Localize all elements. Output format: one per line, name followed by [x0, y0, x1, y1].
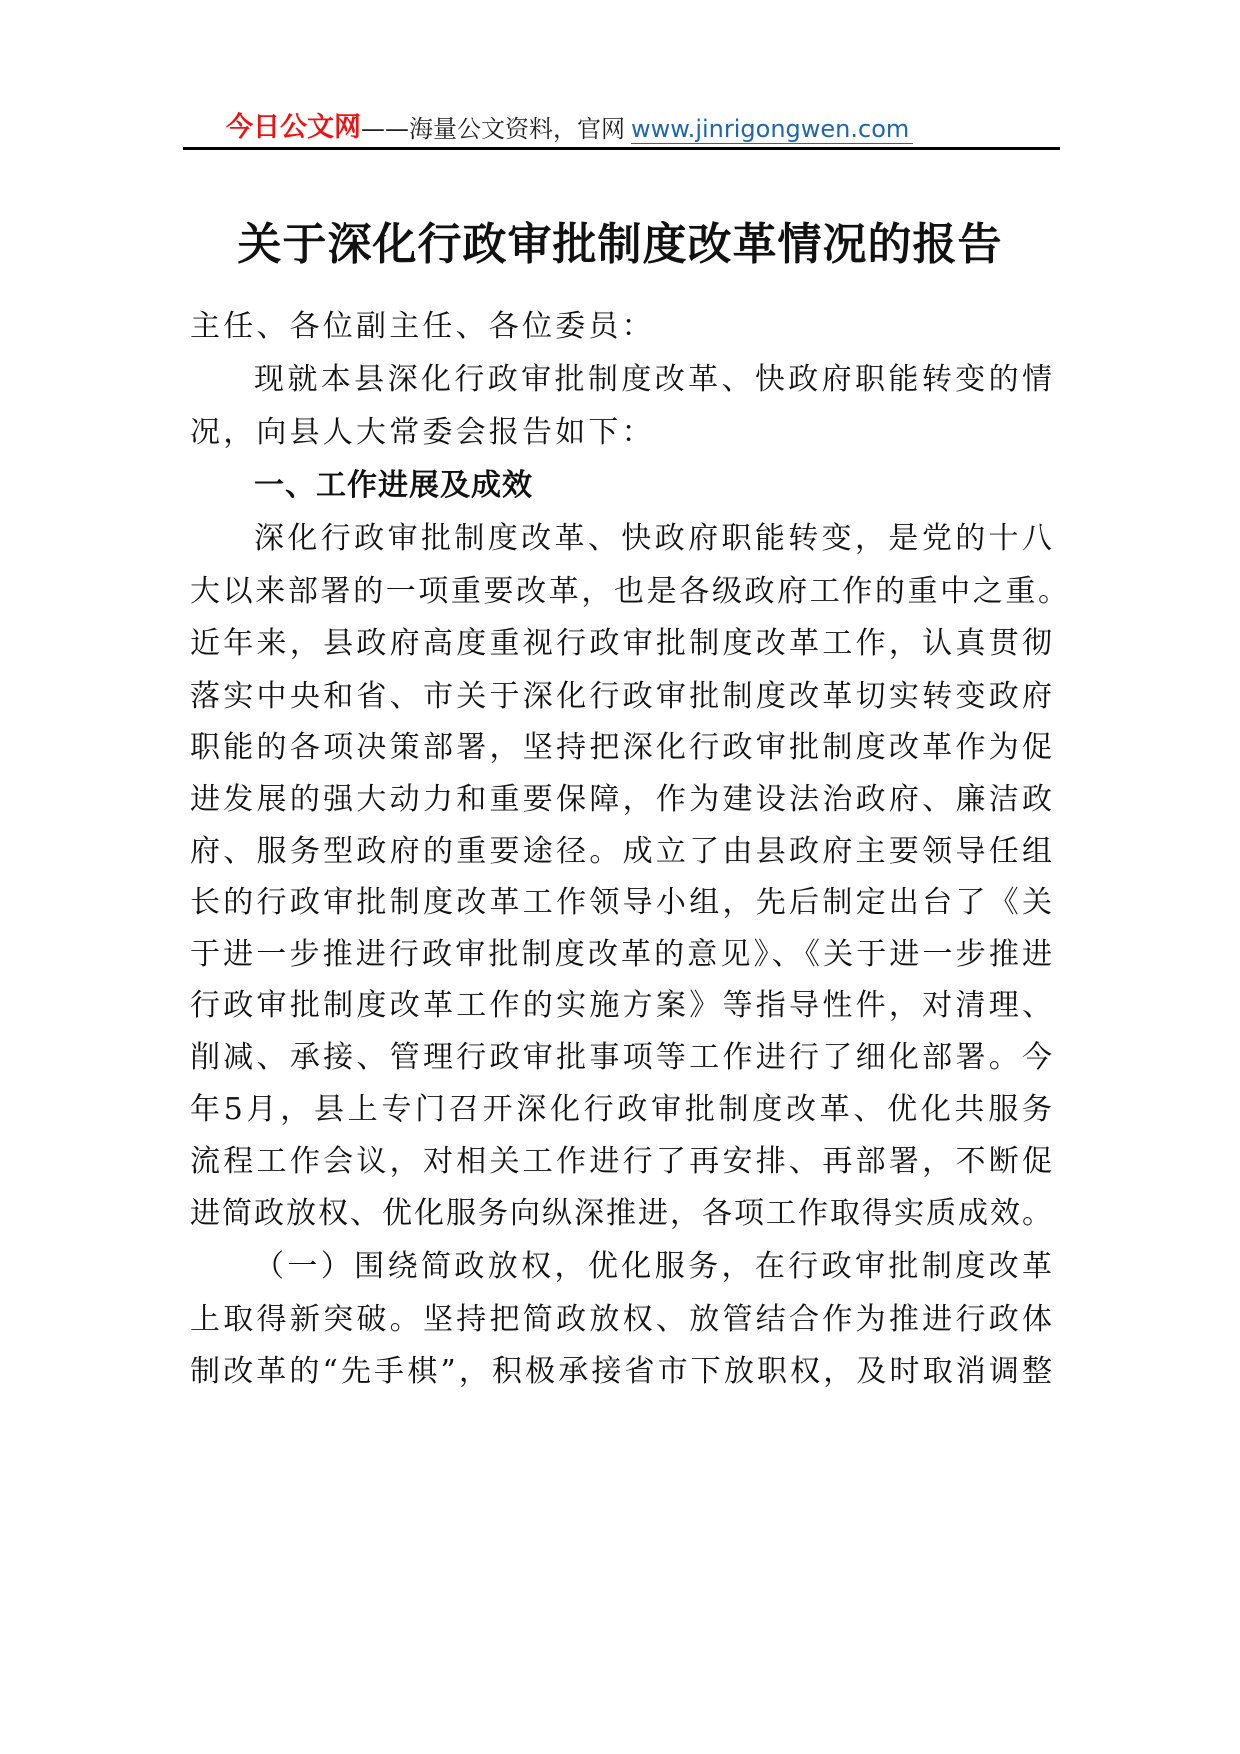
body-line: 行政审批制度改革工作的实施方案》等指导性件，对清理、 — [190, 986, 1052, 1026]
site-header: 今日公文网 ——海量公文资料，官网 www.jinrigongwen.com — [226, 104, 913, 144]
body-line: 削减、承接、管理行政审批事项等工作进行了细化部署。今 — [190, 1038, 1052, 1078]
body-line: 进简政放权、优化服务向纵深推进，各项工作取得实质成效。 — [190, 1194, 1052, 1234]
site-url-link[interactable]: www.jinrigongwen.com — [631, 115, 913, 144]
body-line: 制改革的“先手棋”，积极承接省市下放职权，及时取消调整 — [190, 1352, 1052, 1392]
site-tagline: ——海量公文资料，官网 — [361, 109, 625, 144]
body-line: 深化行政审批制度改革、快政府职能转变，是党的十八 — [254, 519, 1052, 559]
salutation: 主任、各位副主任、各位委员： — [190, 307, 655, 347]
body-line: 现就本县深化行政审批制度改革、快政府职能转变的情 — [254, 360, 1052, 400]
body-line: 大以来部署的一项重要改革，也是各级政府工作的重中之重。 — [190, 572, 1068, 612]
body-line: 上取得新突破。坚持把简政放权、放管结合作为推进行政体 — [190, 1300, 1052, 1340]
body-line: 职能的各项决策部署，坚持把深化行政审批制度改革作为促 — [190, 728, 1052, 768]
section-heading: 一、工作进展及成效 — [254, 466, 533, 506]
body-line: 进发展的强大动力和重要保障，作为建设法治政府、廉洁政 — [190, 780, 1052, 820]
body-line: 流程工作会议，对相关工作进行了再安排、再部署，不断促 — [190, 1142, 1052, 1182]
body-line: 年5月，县上专门召开深化行政审批制度改革、优化共服务 — [190, 1090, 1052, 1130]
subsection-line: （一）围绕简政放权，优化服务，在行政审批制度改革 — [254, 1247, 1052, 1287]
body-line: 近年来，县政府高度重视行政审批制度改革工作，认真贯彻 — [190, 624, 1052, 664]
brand-logo-text: 今日公文网 — [226, 105, 361, 144]
body-line: 府、服务型政府的重要途径。成立了由县政府主要领导任组 — [190, 832, 1052, 872]
header-divider — [183, 147, 1060, 150]
document-title: 关于深化行政审批制度改革情况的报告 — [0, 208, 1240, 272]
body-line: 长的行政审批制度改革工作领导小组，先后制定出台了《关 — [190, 883, 1052, 923]
body-line: 况，向县人大常委会报告如下： — [190, 413, 655, 453]
body-line: 落实中央和省、市关于深化行政审批制度改革切实转变政府 — [190, 677, 1052, 717]
body-line: 于进一步推进行政审批制度改革的意见》、《关于进一步推进 — [190, 935, 1052, 975]
